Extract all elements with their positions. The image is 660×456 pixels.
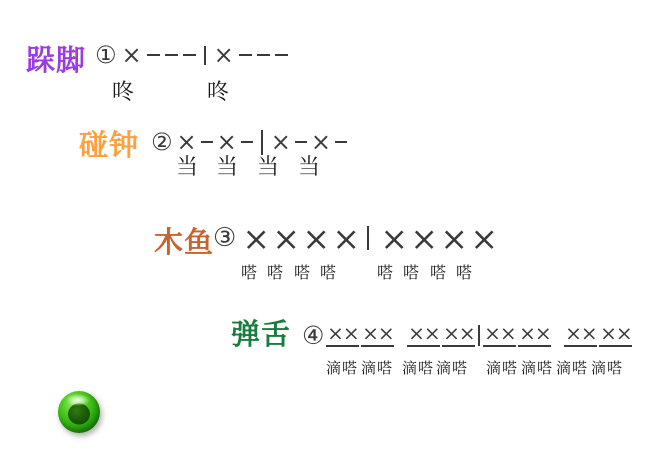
note-x-pair-underlined: ×× <box>407 323 440 347</box>
rhythm-notation-1: ①×× <box>95 42 288 68</box>
rhythm-notation-3: ③×××××××× <box>213 222 494 254</box>
circled-number: ② <box>151 130 173 154</box>
orb-core <box>68 404 90 425</box>
note-x: × <box>380 222 404 255</box>
barline <box>367 226 369 250</box>
lyric-syllable: 嗒 <box>403 264 419 282</box>
duration-dash <box>165 54 178 56</box>
instrument-label-tongue-click: 弹舌 <box>231 319 291 349</box>
lyric-syllable: 嗒 <box>377 264 393 282</box>
rhythm-notation-4: ④×××××××××××××××× <box>302 320 632 350</box>
instrument-label-woodblock: 木鱼 <box>154 227 214 257</box>
barline <box>261 130 263 155</box>
barline <box>478 325 480 346</box>
lyric-syllable: 滴嗒 <box>326 360 358 377</box>
lyric-syllable: 嗒 <box>430 264 446 282</box>
lyric-syllable: 滴嗒 <box>521 360 553 377</box>
note-x-pair-underlined: ×× <box>483 323 516 347</box>
duration-dash <box>275 54 288 56</box>
note-x-pair-underlined: ×× <box>442 323 475 347</box>
duration-dash <box>147 54 160 56</box>
note-x: × <box>217 130 237 154</box>
lyric-syllable: 当 <box>298 156 320 180</box>
lyric-syllable: 滴嗒 <box>402 360 434 377</box>
note-x: × <box>302 222 326 255</box>
lyric-syllable: 咚 <box>207 81 229 105</box>
rhythm-notation-2: ②×××× <box>151 129 347 155</box>
lyric-syllable: 滴嗒 <box>556 360 588 377</box>
circled-number: ③ <box>213 225 236 251</box>
duration-dash <box>295 141 307 143</box>
lyric-syllable: 当 <box>257 156 279 180</box>
lyric-syllable: 滴嗒 <box>361 360 393 377</box>
lyric-syllable: 滴嗒 <box>486 360 518 377</box>
lyric-syllable: 嗒 <box>267 264 283 282</box>
instrument-label-bells: 碰钟 <box>79 130 139 160</box>
duration-dash <box>241 141 253 143</box>
note-x-pair-underlined: ×× <box>564 323 597 347</box>
note-x: × <box>311 130 331 154</box>
lyric-syllable: 滴嗒 <box>591 360 623 377</box>
note-x: × <box>470 222 494 255</box>
lyric-syllable: 嗒 <box>241 264 257 282</box>
circled-number: ④ <box>302 323 324 348</box>
note-x: × <box>122 43 142 67</box>
note-x: × <box>440 222 464 255</box>
barline <box>204 46 206 65</box>
note-x: × <box>242 222 266 255</box>
duration-dash <box>257 54 270 56</box>
instrument-label-stomp: 跺脚 <box>26 45 86 75</box>
circled-number: ① <box>95 43 117 67</box>
note-x: × <box>177 130 197 154</box>
lyric-syllable: 咚 <box>112 81 134 105</box>
note-x: × <box>332 222 356 255</box>
note-x: × <box>271 130 291 154</box>
lyric-syllable: 滴嗒 <box>436 360 468 377</box>
duration-dash <box>239 54 252 56</box>
duration-dash <box>183 54 196 56</box>
duration-dash <box>201 141 213 143</box>
nav-orb-button[interactable] <box>58 391 100 433</box>
slide-canvas: 跺脚 ①×× 咚咚 碰钟 ②×××× 当当当当 木鱼 ③×××××××× 嗒嗒嗒… <box>0 0 660 456</box>
orb-highlight <box>66 394 90 406</box>
note-x-pair-underlined: ×× <box>599 323 632 347</box>
duration-dash <box>335 141 347 143</box>
beat-gap <box>396 335 405 336</box>
note-x-pair-underlined: ×× <box>518 323 551 347</box>
note-x: × <box>272 222 296 255</box>
beat-gap <box>553 335 562 336</box>
lyric-syllable: 嗒 <box>456 264 472 282</box>
lyric-syllable: 嗒 <box>320 264 336 282</box>
lyric-syllable: 当 <box>216 156 238 180</box>
lyric-syllable: 当 <box>176 156 198 180</box>
lyric-syllable: 嗒 <box>294 264 310 282</box>
note-x: × <box>214 43 234 67</box>
note-x-pair-underlined: ×× <box>361 323 394 347</box>
note-x: × <box>410 222 434 255</box>
note-x-pair-underlined: ×× <box>326 323 359 347</box>
